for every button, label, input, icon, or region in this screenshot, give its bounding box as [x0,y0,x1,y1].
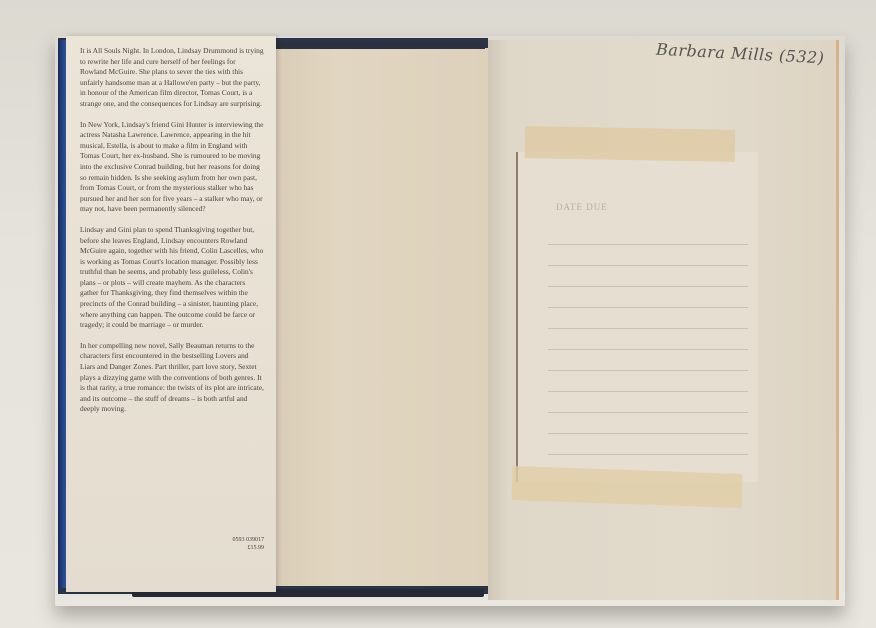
card-line [548,370,748,371]
blurb-paragraph-4: In her compelling new novel, Sally Beaum… [80,341,264,415]
card-line [548,391,748,392]
card-line [548,433,748,434]
card-line [548,454,748,455]
card-line [548,286,748,287]
card-title: DATE DUE [556,202,608,212]
blurb-paragraph-2: In New York, Lindsay's friend Gini Hunte… [80,120,264,215]
flap-meta: 0593 039017 £15.99 [233,536,265,552]
card-line [548,349,748,350]
cover-edge-top [275,42,485,49]
card-line [548,307,748,308]
blurb-paragraph-1: It is All Souls Night. In London, Lindsa… [80,46,264,110]
card-line [548,412,748,413]
jacket-flap: It is All Souls Night. In London, Lindsa… [66,36,276,592]
endpaper-left [272,48,488,586]
tape-strip-top [525,126,736,162]
price: £15.99 [233,544,265,552]
card-line [548,328,748,329]
blurb-paragraph-3: Lindsay and Gini plan to spend Thanksgiv… [80,225,264,331]
isbn: 0593 039017 [233,536,265,544]
card-line [548,244,748,245]
card-line [548,265,748,266]
date-due-card: DATE DUE [516,152,758,482]
